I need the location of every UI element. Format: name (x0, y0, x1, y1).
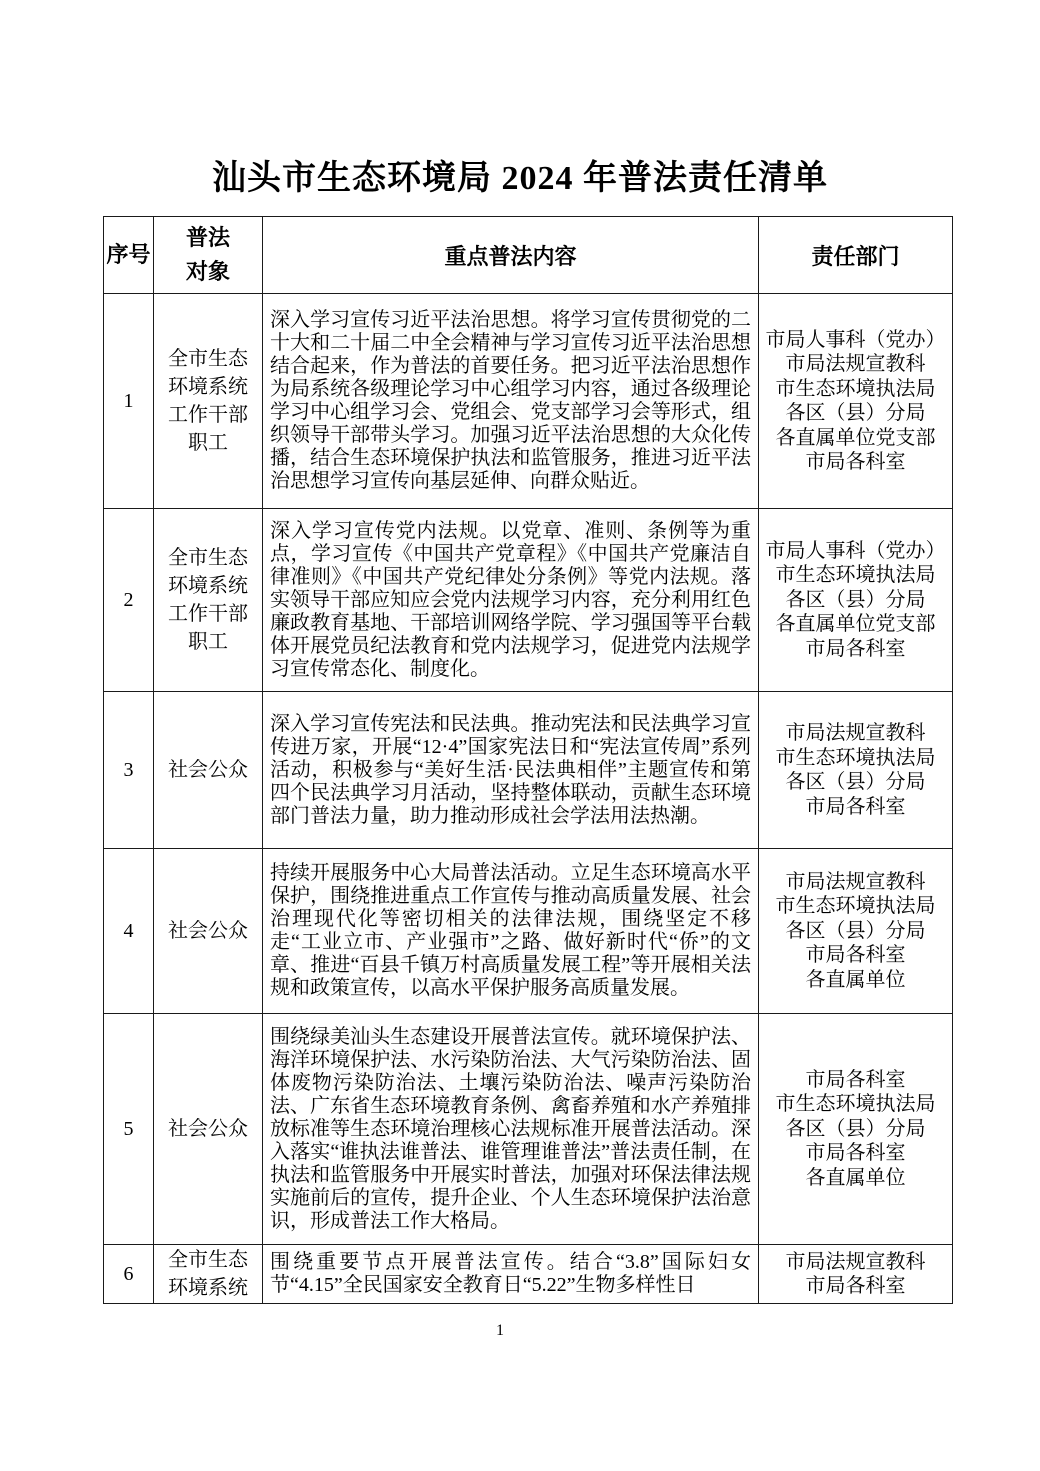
header-no-label: 序号 (106, 238, 151, 272)
department-line: 市局各科室 (760, 637, 951, 662)
department-line: 市局人事科（党办） (760, 328, 951, 353)
row-departments: 市局人事科（党办） 市局法规宣教科 市生态环境执法局 各区（县）分局 各直属单位… (759, 294, 953, 509)
row-target-text: 社会公众 (166, 917, 250, 945)
row-departments: 市局法规宣教科 市生态环境执法局 各区（县）分局 市局各科室 (759, 692, 953, 849)
row-content: 深入学习宣传党内法规。以党章、准则、条例等为重点，学习宣传《中国共产党章程》《中… (263, 509, 759, 692)
department-line: 市局法规宣教科 (760, 870, 951, 895)
department-line: 市局各科室 (760, 795, 951, 820)
row-content: 围绕绿美汕头生态建设开展普法宣传。就环境保护法、海洋环境保护法、水污染防治法、大… (263, 1014, 759, 1245)
department-line: 市生态环境执法局 (760, 746, 951, 771)
row-target-text: 全市生态环境系统 (166, 1246, 250, 1302)
row-content: 深入学习宣传习近平法治思想。将学习宣传贯彻党的二十大和二十届二中全会精神与学习宣… (263, 294, 759, 509)
header-target-label: 普法对象 (185, 221, 230, 289)
header-target: 普法对象 (154, 217, 263, 294)
department-line: 各直属单位 (760, 1166, 951, 1191)
header-content: 重点普法内容 (263, 217, 759, 294)
department-line: 市局法规宣教科 (760, 721, 951, 746)
table-header-row: 序号 普法对象 重点普法内容 责任部门 (104, 217, 953, 294)
row-target: 社会公众 (154, 849, 263, 1014)
department-line: 市局各科室 (760, 943, 951, 968)
responsibility-table: 序号 普法对象 重点普法内容 责任部门 1 全市生态环境系统工作干部职工 深入学… (103, 216, 953, 1304)
row-target-text: 全市生态环境系统工作干部职工 (166, 544, 250, 656)
row-target: 全市生态环境系统 (154, 1245, 263, 1304)
row-no: 5 (104, 1014, 154, 1245)
table-row: 3 社会公众 深入学习宣传宪法和民法典。推动宪法和民法典学习宣传进万家，开展“1… (104, 692, 953, 849)
department-line: 各直属单位党支部 (760, 612, 951, 637)
row-departments: 市局法规宣教科 市局各科室 (759, 1245, 953, 1304)
department-line: 市生态环境执法局 (760, 377, 951, 402)
header-department-label: 责任部门 (811, 244, 899, 269)
document-title: 汕头市生态环境局 2024 年普法责任清单 (0, 150, 1040, 199)
header-content-label: 重点普法内容 (444, 244, 576, 269)
row-target: 社会公众 (154, 1014, 263, 1245)
row-target: 全市生态环境系统工作干部职工 (154, 509, 263, 692)
page-number: 1 (0, 1322, 1000, 1340)
row-no: 6 (104, 1245, 154, 1304)
row-departments: 市局人事科（党办） 市生态环境执法局 各区（县）分局 各直属单位党支部 市局各科… (759, 509, 953, 692)
department-line: 各区（县）分局 (760, 919, 951, 944)
department-line: 市局法规宣教科 (760, 352, 951, 377)
row-target-text: 社会公众 (166, 1115, 250, 1143)
row-departments: 市局法规宣教科 市生态环境执法局 各区（县）分局 市局各科室 各直属单位 (759, 849, 953, 1014)
department-line: 各区（县）分局 (760, 588, 951, 613)
row-target: 全市生态环境系统工作干部职工 (154, 294, 263, 509)
document-page: 汕头市生态环境局 2024 年普法责任清单 序号 普法对象 重点普法内容 责任部… (0, 0, 1040, 1471)
row-no: 1 (104, 294, 154, 509)
table-row: 6 全市生态环境系统 围绕重要节点开展普法宣传。结合“3.8”国际妇女节“4.1… (104, 1245, 953, 1304)
table-row: 1 全市生态环境系统工作干部职工 深入学习宣传习近平法治思想。将学习宣传贯彻党的… (104, 294, 953, 509)
department-line: 市局各科室 (760, 1274, 951, 1299)
department-line: 各区（县）分局 (760, 1117, 951, 1142)
row-content: 围绕重要节点开展普法宣传。结合“3.8”国际妇女节“4.15”全民国家安全教育日… (263, 1245, 759, 1304)
department-line: 市局法规宣教科 (760, 1250, 951, 1275)
department-line: 市局人事科（党办） (760, 539, 951, 564)
header-department: 责任部门 (759, 217, 953, 294)
row-no: 4 (104, 849, 154, 1014)
row-no: 2 (104, 509, 154, 692)
department-line: 市局各科室 (760, 1141, 951, 1166)
department-line: 市生态环境执法局 (760, 563, 951, 588)
header-no: 序号 (104, 217, 154, 294)
department-line: 各区（县）分局 (760, 401, 951, 426)
row-content: 持续开展服务中心大局普法活动。立足生态环境高水平保护，围绕推进重点工作宣传与推动… (263, 849, 759, 1014)
department-line: 各直属单位 (760, 968, 951, 993)
row-target-text: 社会公众 (166, 756, 250, 784)
row-departments: 市局各科室 市生态环境执法局 各区（县）分局 市局各科室 各直属单位 (759, 1014, 953, 1245)
row-target-text: 全市生态环境系统工作干部职工 (166, 345, 250, 457)
table-row: 4 社会公众 持续开展服务中心大局普法活动。立足生态环境高水平保护，围绕推进重点… (104, 849, 953, 1014)
row-target: 社会公众 (154, 692, 263, 849)
table-row: 2 全市生态环境系统工作干部职工 深入学习宣传党内法规。以党章、准则、条例等为重… (104, 509, 953, 692)
department-line: 市生态环境执法局 (760, 894, 951, 919)
row-no: 3 (104, 692, 154, 849)
row-content: 深入学习宣传宪法和民法典。推动宪法和民法典学习宣传进万家，开展“12·4”国家宪… (263, 692, 759, 849)
department-line: 各直属单位党支部 (760, 426, 951, 451)
department-line: 各区（县）分局 (760, 770, 951, 795)
department-line: 市生态环境执法局 (760, 1092, 951, 1117)
department-line: 市局各科室 (760, 1068, 951, 1093)
department-line: 市局各科室 (760, 450, 951, 475)
table-row: 5 社会公众 围绕绿美汕头生态建设开展普法宣传。就环境保护法、海洋环境保护法、水… (104, 1014, 953, 1245)
